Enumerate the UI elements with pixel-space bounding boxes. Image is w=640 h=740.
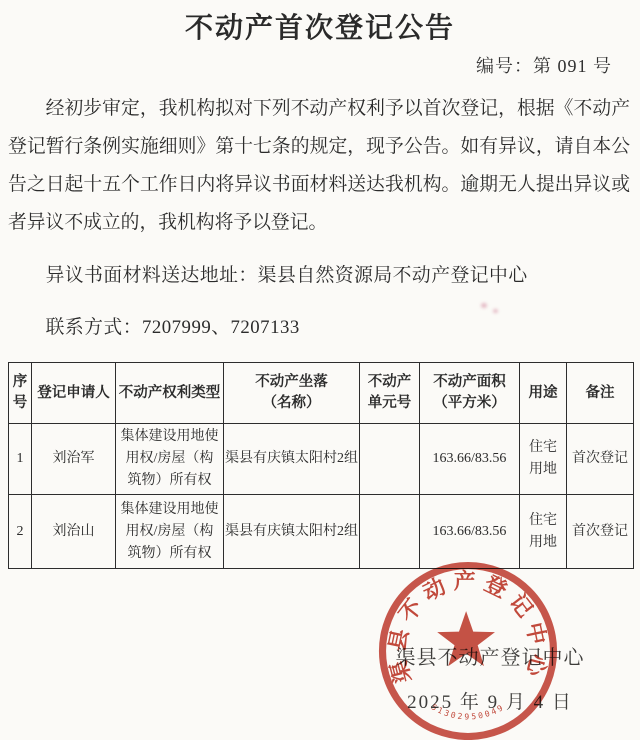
objection-address-line: 异议书面材料送达地址：渠县自然资源局不动产登记中心 <box>8 260 630 287</box>
cell-unit-no <box>360 424 420 495</box>
header-remark: 备注 <box>567 363 634 424</box>
cell-right-type: 集体建设用地使用权/房屋（构筑物）所有权 <box>116 424 224 495</box>
seal-star-icon <box>437 611 495 666</box>
cell-remark: 首次登记 <box>567 424 634 495</box>
announcement-body-paragraph: 经初步审定，我机构拟对下列不动产权利予以首次登记，根据《不动产登记暂行条例实施细… <box>8 90 630 242</box>
doc-number: 编号：第 091 号 <box>476 52 612 78</box>
scan-smudge <box>481 303 487 308</box>
cell-area: 163.66/83.56 <box>420 424 520 495</box>
cell-applicant: 刘治军 <box>32 424 116 495</box>
header-seq: 序 号 <box>9 363 32 424</box>
official-seal-stamp: 渠县不动产登记中心 51302950049 <box>373 556 563 740</box>
registration-table: 序 号 登记申请人 不动产权利类型 不动产坐落 （名称） 不动产 单元号 不动产… <box>8 362 634 569</box>
cell-location: 渠县有庆镇太阳村2组 <box>224 495 360 569</box>
registration-table-header: 序 号 登记申请人 不动产权利类型 不动产坐落 （名称） 不动产 单元号 不动产… <box>9 363 634 424</box>
table-header-row: 序 号 登记申请人 不动产权利类型 不动产坐落 （名称） 不动产 单元号 不动产… <box>9 363 634 424</box>
cell-usage: 住宅用地 <box>520 424 567 495</box>
cell-applicant: 刘治山 <box>32 495 116 569</box>
cell-location: 渠县有庆镇太阳村2组 <box>224 424 360 495</box>
cell-seq: 2 <box>9 495 32 569</box>
scan-smudge <box>493 309 498 313</box>
header-applicant: 登记申请人 <box>32 363 116 424</box>
seal-serial-number: 51302950049 <box>430 702 507 721</box>
header-location: 不动产坐落 （名称） <box>224 363 360 424</box>
page-title: 不动产首次登记公告 <box>0 6 640 46</box>
header-unit-no: 不动产 单元号 <box>360 363 420 424</box>
cell-seq: 1 <box>9 424 32 495</box>
contact-phone-line: 联系方式：7207999、7207133 <box>8 312 630 339</box>
cell-right-type: 集体建设用地使用权/房屋（构筑物）所有权 <box>116 495 224 569</box>
table-row: 1 刘治军 集体建设用地使用权/房屋（构筑物）所有权 渠县有庆镇太阳村2组 16… <box>9 424 634 495</box>
cell-remark: 首次登记 <box>567 495 634 569</box>
header-right-type: 不动产权利类型 <box>116 363 224 424</box>
announcement-document: 不动产首次登记公告 编号：第 091 号 经初步审定，我机构拟对下列不动产权利予… <box>0 0 640 740</box>
header-area: 不动产面积 （平方米） <box>420 363 520 424</box>
header-usage: 用途 <box>520 363 567 424</box>
